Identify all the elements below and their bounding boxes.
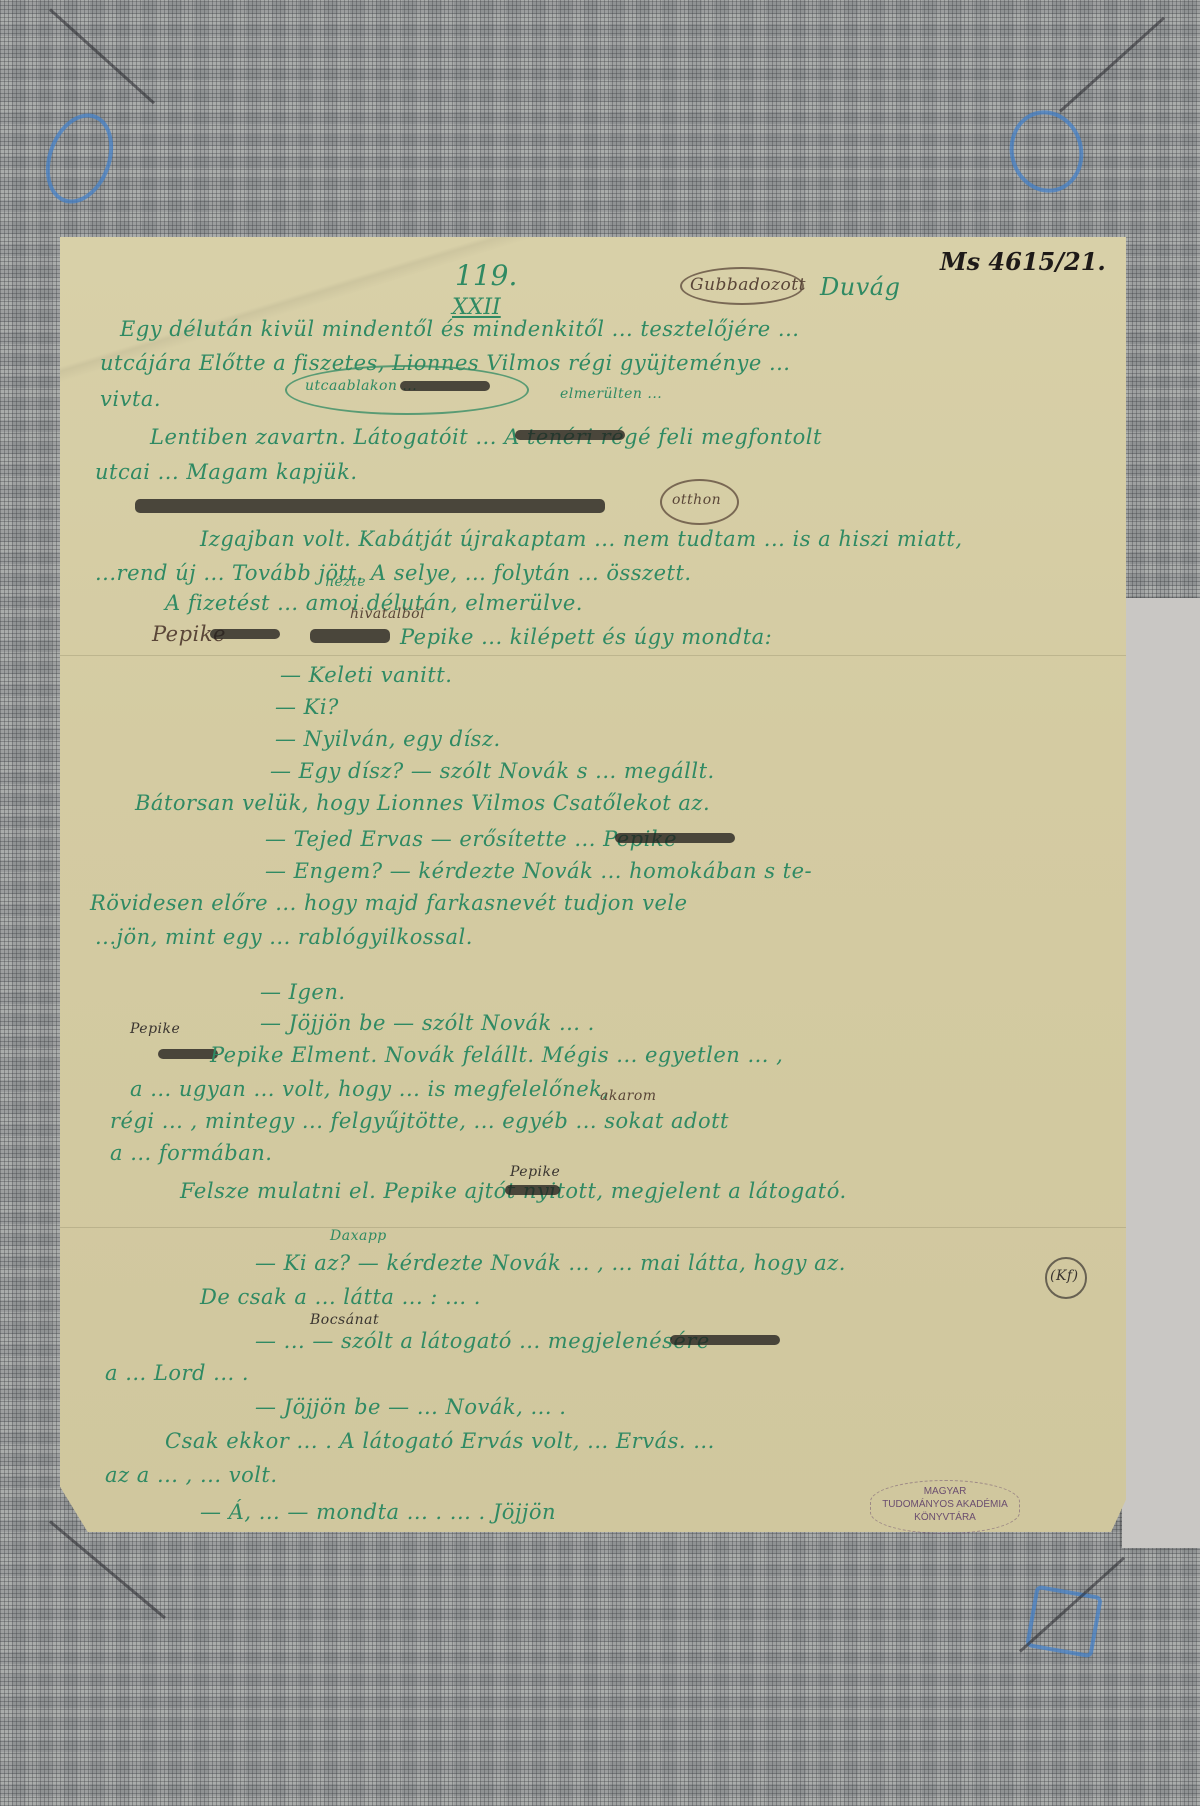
strikethrough	[400, 381, 490, 391]
strikethrough	[615, 833, 735, 843]
white-card-under-page	[1122, 598, 1200, 1548]
library-stamp: MAGYAR TUDOMÁNYOS AKADÉMIA KÖNYVTÁRA	[870, 1480, 1020, 1534]
text-line: vivta.	[100, 389, 161, 410]
dialogue-line: — Ki?	[275, 697, 339, 718]
strikethrough	[158, 1049, 218, 1059]
stamp-line: KÖNYVTÁRA	[871, 1511, 1019, 1524]
margin-note: kínozgatta	[215, 1555, 295, 1569]
margin-note: elmerülten ...	[560, 387, 662, 401]
strikethrough	[310, 629, 390, 643]
text-line: Pepike ... kilépett és úgy mondta:	[400, 627, 772, 648]
margin-note: Pepike	[510, 1165, 560, 1179]
strikethrough	[515, 430, 625, 440]
margin-note: akarom	[600, 1089, 657, 1103]
text-line: régi ... , mintegy ... felgyűjtötte, ...…	[110, 1111, 729, 1132]
blue-pencil-mark-bottom-right	[1025, 1585, 1103, 1659]
strikethrough	[580, 1573, 620, 1591]
margin-note: nézte	[325, 575, 366, 589]
shelfmark: Ms 4615/21.	[940, 247, 1106, 276]
text-line: a ... ugyan ... volt, hogy ... is megfel…	[130, 1079, 610, 1100]
strikethrough	[210, 629, 280, 639]
blue-pencil-mark-top-left	[34, 104, 125, 213]
stamp-line: TUDOMÁNYOS AKADÉMIA	[871, 1498, 1019, 1511]
corner-mark-top-right	[1059, 17, 1165, 113]
dialogue-line: — Igen.	[260, 982, 346, 1003]
strikethrough	[670, 1335, 780, 1345]
corner-mark-top-left	[49, 8, 155, 104]
margin-note: hivatalból	[350, 607, 425, 621]
text-line: a ... formában.	[110, 1143, 272, 1164]
text-line: Izgajban volt. Kabátját újrakaptam ... n…	[200, 529, 963, 550]
margin-note: (Kf)	[1050, 1269, 1079, 1283]
blue-pencil-mark-top-right	[1001, 102, 1093, 201]
text-line: Csak ekkor ... . A látogató Ervás volt, …	[165, 1431, 715, 1452]
dialogue-line: — Egy dísz? — szólt Novák s ... megállt.	[270, 761, 715, 782]
page-crease	[60, 1227, 1126, 1228]
text-line: utcai ... Magam kapjük.	[95, 462, 358, 483]
text-line: be — ... — jöjjön, kérem.	[125, 1537, 398, 1558]
manuscript-page: 119. XXII Ms 4615/21. Gubbadozott Duvág …	[60, 237, 1126, 1532]
margin-note: Daxapp	[330, 1229, 387, 1243]
header-note: Duvág	[820, 275, 900, 299]
strikethrough	[505, 1185, 560, 1195]
dialogue-line: — Jöjjön be — ... Novák, ... .	[255, 1397, 566, 1418]
text-line: az a ... , ... volt.	[105, 1465, 278, 1486]
text-line: De csak a ... látta ... : ... .	[200, 1287, 481, 1308]
dialogue-line: — Keleti vanitt.	[280, 665, 452, 686]
margin-note: otthon	[672, 493, 721, 507]
text-line: Egy délután kivül mindentől és mindenkit…	[120, 319, 799, 340]
page-number: 119.	[455, 259, 517, 292]
text-line: Lentiben zavartn. Látogatóit ... A tenér…	[150, 427, 822, 448]
dialogue-line: — Nyilván, egy dísz.	[275, 729, 501, 750]
dialogue-line: — Jöjjön be — szólt Novák ... .	[260, 1013, 595, 1034]
text-line: Rövidesen előre ... hogy majd farkasnevé…	[90, 893, 688, 914]
dialogue-line: — Ki az? — kérdezte Novák ... , ... mai …	[255, 1253, 846, 1274]
text-line: ... ... ... egy ... állvány mellé ... . …	[140, 1571, 592, 1592]
text-line: Bátorsan velük, hogy Lionnes Vilmos Csat…	[135, 793, 710, 814]
text-line: ...jön, mint egy ... rablógyilkossal.	[95, 927, 473, 948]
strikethrough-line	[135, 499, 605, 513]
header-note-circle	[680, 267, 804, 305]
margin-note: Bocsánat	[310, 1313, 379, 1327]
dialogue-line: — Á, ... — mondta ... . ... . Jöjjön	[200, 1502, 556, 1523]
dialogue-line: — ... — szólt a látogató ... megjelenésé…	[255, 1331, 710, 1352]
text-line: ...rend új ... Tovább jött. A selye, ...…	[95, 563, 692, 584]
speaker-note: Pepike	[130, 1022, 180, 1036]
dialogue-line: — Engem? — kérdezte Novák ... homokában …	[265, 861, 812, 882]
corner-mark-bottom-left	[49, 1520, 166, 1619]
page-crease	[60, 655, 1126, 656]
text-line: a ... Lord ... .	[105, 1363, 249, 1384]
stamp-line: MAGYAR	[871, 1485, 1019, 1498]
text-line: Pepike Elment. Novák felállt. Mégis ... …	[210, 1045, 783, 1066]
